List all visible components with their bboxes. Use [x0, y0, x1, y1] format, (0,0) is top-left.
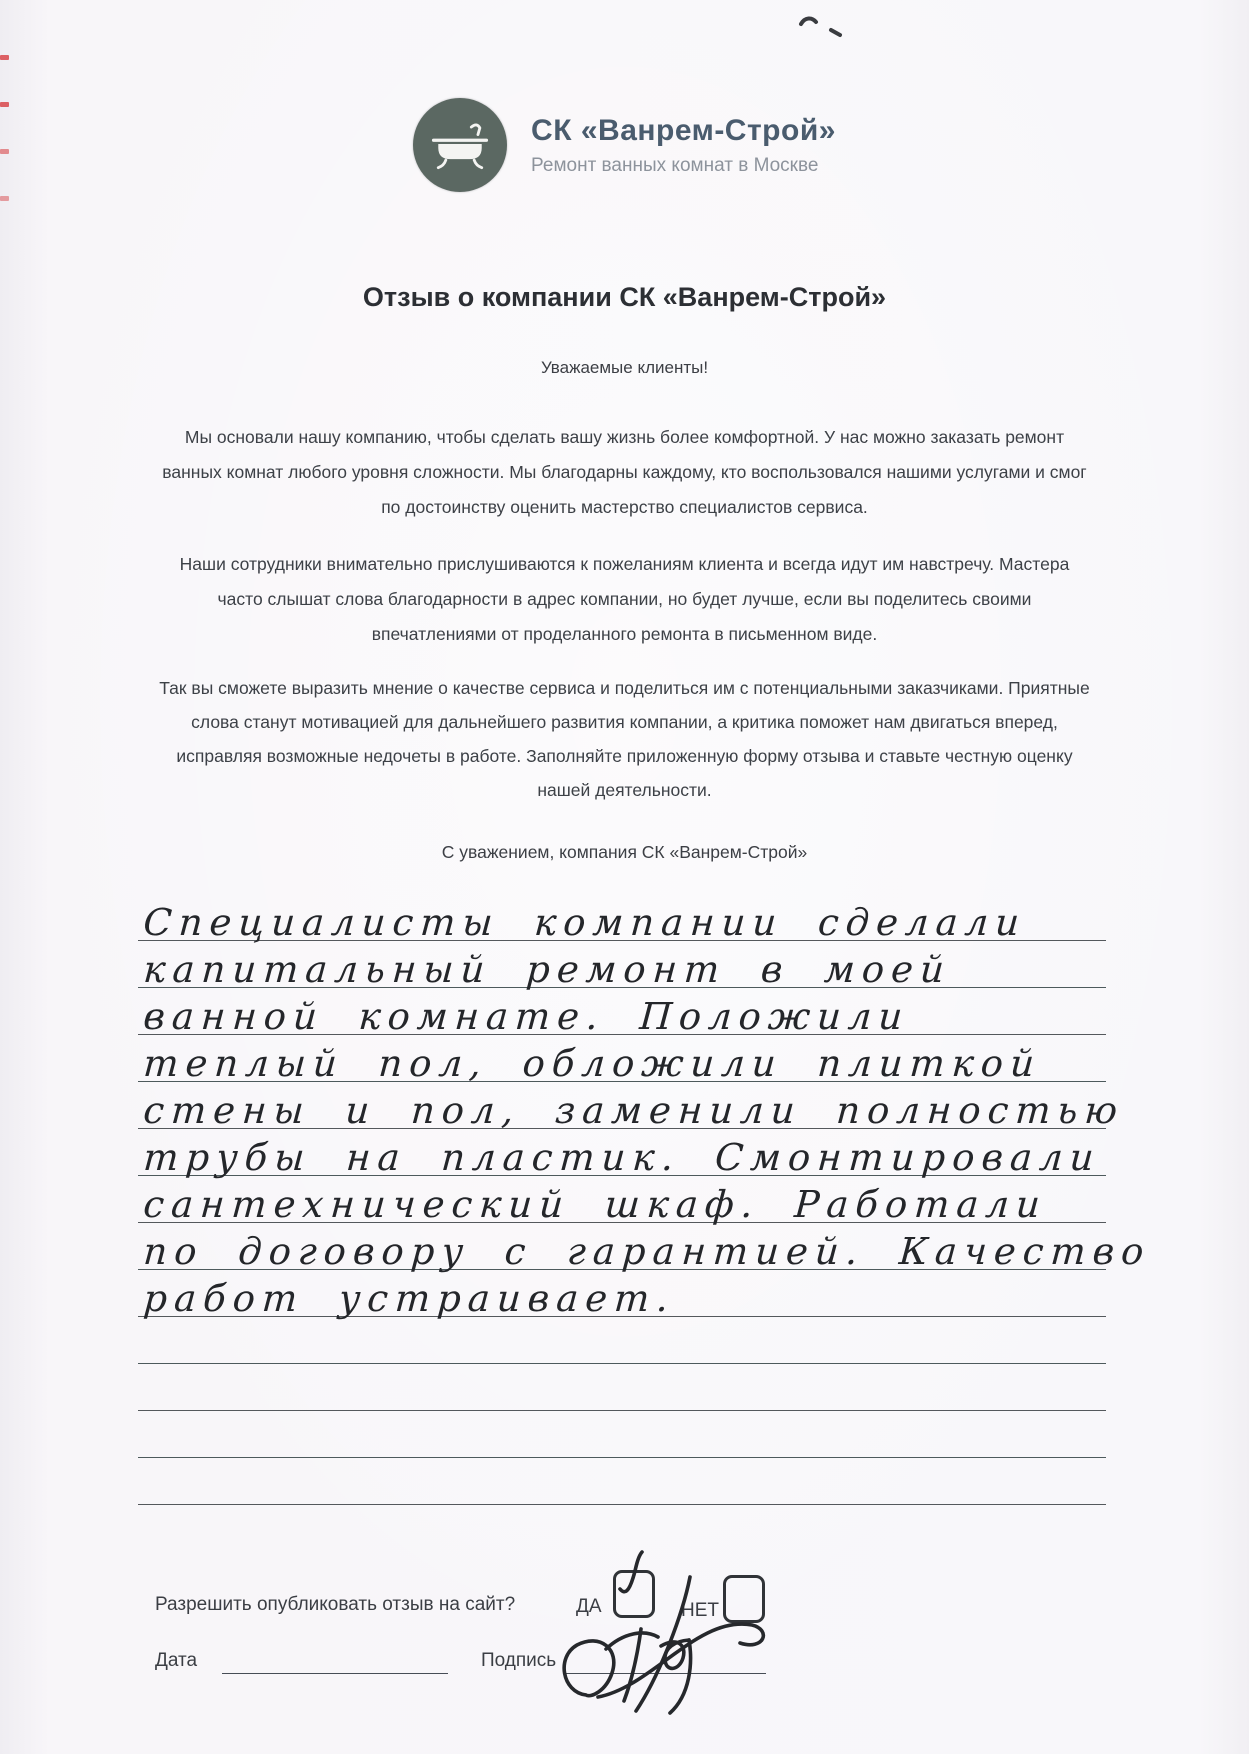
- review-blank-line[interactable]: [138, 1364, 1106, 1411]
- company-header: СК «Ванрем-Строй» Ремонт ванных комнат в…: [0, 98, 1249, 192]
- no-label: НЕТ: [681, 1600, 719, 1622]
- brand-tagline: Ремонт ванных комнат в Москве: [531, 155, 836, 177]
- page-title: Отзыв о компании СК «Ванрем-Строй»: [0, 282, 1249, 313]
- review-blank-line[interactable]: [138, 1411, 1106, 1458]
- handwritten-text: капитальный ремонт в моей: [142, 948, 952, 991]
- review-line[interactable]: ванной комнате. Положили: [138, 988, 1106, 1035]
- brand-name: СК «Ванрем-Строй»: [531, 114, 836, 148]
- paragraph-line: Наши сотрудники внимательно прислушивают…: [120, 547, 1129, 582]
- salutation: Уважаемые клиенты!: [0, 358, 1249, 378]
- paragraph-line: исправляя возможные недочеты в работе. З…: [120, 739, 1129, 773]
- paragraph-line: нашей деятельности.: [120, 773, 1129, 807]
- company-logo: [413, 98, 507, 192]
- yes-checkbox[interactable]: [613, 1570, 655, 1618]
- review-line[interactable]: теплый пол, обложили плиткой: [138, 1035, 1106, 1082]
- closing-line: С уважением, компания СК «Ванрем-Строй»: [0, 842, 1249, 863]
- paragraph-line: по достоинству оценить мастерство специа…: [120, 490, 1129, 525]
- review-line[interactable]: по договору с гарантией. Качество: [138, 1223, 1106, 1270]
- brand-text-block: СК «Ванрем-Строй» Ремонт ванных комнат в…: [531, 114, 836, 177]
- review-blank-line[interactable]: [138, 1317, 1106, 1364]
- handwritten-text: ванной комнате. Положили: [142, 995, 911, 1038]
- handwritten-text: теплый пол, обложили плиткой: [142, 1042, 1043, 1085]
- review-line[interactable]: капитальный ремонт в моей: [138, 941, 1106, 988]
- publish-question: Разрешить опубликовать отзыв на сайт?: [155, 1594, 515, 1616]
- scan-artifact: [0, 55, 9, 60]
- intro-paragraph-1: Мы основали нашу компанию, чтобы сделать…: [120, 420, 1129, 525]
- date-label: Дата: [155, 1650, 197, 1672]
- signature-label: Подпись: [481, 1650, 556, 1672]
- intro-paragraph-2: Наши сотрудники внимательно прислушивают…: [120, 547, 1129, 652]
- scanned-review-form: СК «Ванрем-Строй» Ремонт ванных комнат в…: [0, 0, 1249, 1754]
- yes-label: ДА: [576, 1596, 602, 1618]
- handwritten-text: по договору с гарантией. Качество: [142, 1230, 1152, 1273]
- review-line[interactable]: стены и пол, заменили полностью: [138, 1082, 1106, 1129]
- bathtub-icon: [426, 111, 494, 179]
- review-blank-line[interactable]: [138, 1458, 1106, 1505]
- review-line[interactable]: Специалисты компании сделали: [138, 894, 1106, 941]
- paragraph-line: Мы основали нашу компанию, чтобы сделать…: [120, 420, 1129, 455]
- no-checkbox[interactable]: [723, 1575, 765, 1623]
- paragraph-line: впечатлениями от проделанного ремонта в …: [120, 617, 1129, 652]
- scan-artifact: [0, 196, 9, 201]
- signature-field[interactable]: [566, 1645, 766, 1674]
- paragraph-line: часто слышат слова благодарности в адрес…: [120, 582, 1129, 617]
- paragraph-line: ванных комнат любого уровня сложности. М…: [120, 455, 1129, 490]
- intro-paragraph-3: Так вы сможете выразить мнение о качеств…: [120, 671, 1129, 807]
- handwritten-review-area[interactable]: Специалисты компании сделали капитальный…: [138, 894, 1106, 1505]
- date-field[interactable]: [222, 1645, 448, 1674]
- handwritten-text: Специалисты компании сделали: [142, 901, 1028, 944]
- paragraph-line: Так вы сможете выразить мнение о качеств…: [120, 671, 1129, 705]
- handwritten-text: работ устраивает.: [142, 1277, 677, 1320]
- handwritten-text: сантехнический шкаф. Работали: [142, 1183, 1048, 1226]
- review-line[interactable]: сантехнический шкаф. Работали: [138, 1176, 1106, 1223]
- review-line[interactable]: трубы на пластик. Смонтировали: [138, 1129, 1106, 1176]
- review-line[interactable]: работ устраивает.: [138, 1270, 1106, 1317]
- paragraph-line: слова станут мотивацией для дальнейшего …: [120, 705, 1129, 739]
- pen-mark-artifact: [795, 12, 855, 47]
- handwritten-text: трубы на пластик. Смонтировали: [142, 1136, 1102, 1179]
- handwritten-text: стены и пол, заменили полностью: [142, 1089, 1126, 1132]
